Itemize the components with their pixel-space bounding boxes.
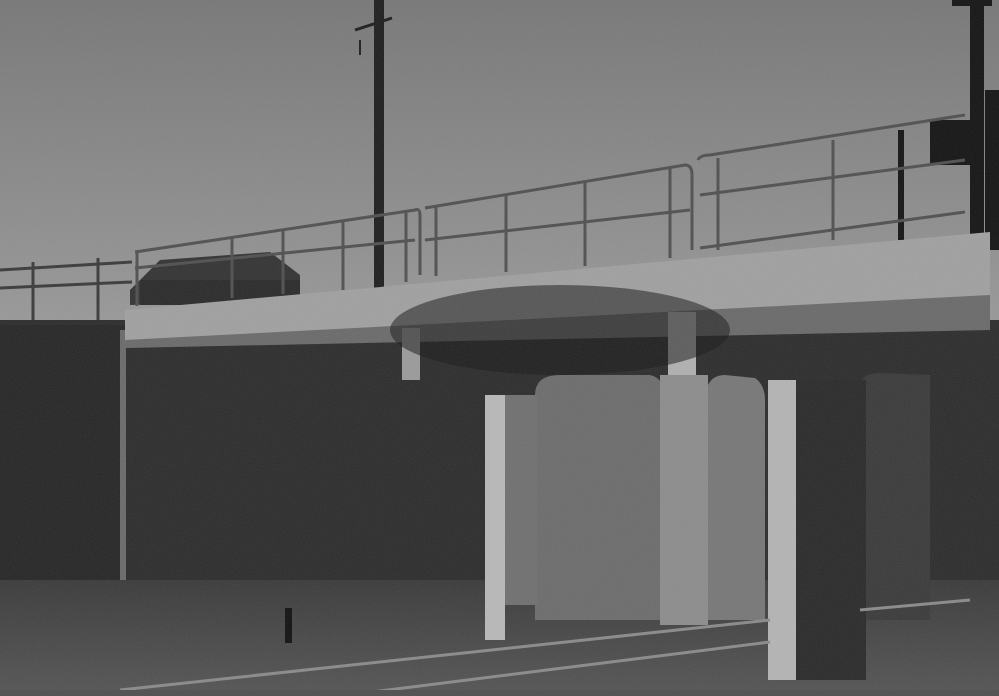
- photograph: Concrete railroad overpass with pipe rai…: [0, 0, 999, 696]
- scene: [0, 0, 999, 696]
